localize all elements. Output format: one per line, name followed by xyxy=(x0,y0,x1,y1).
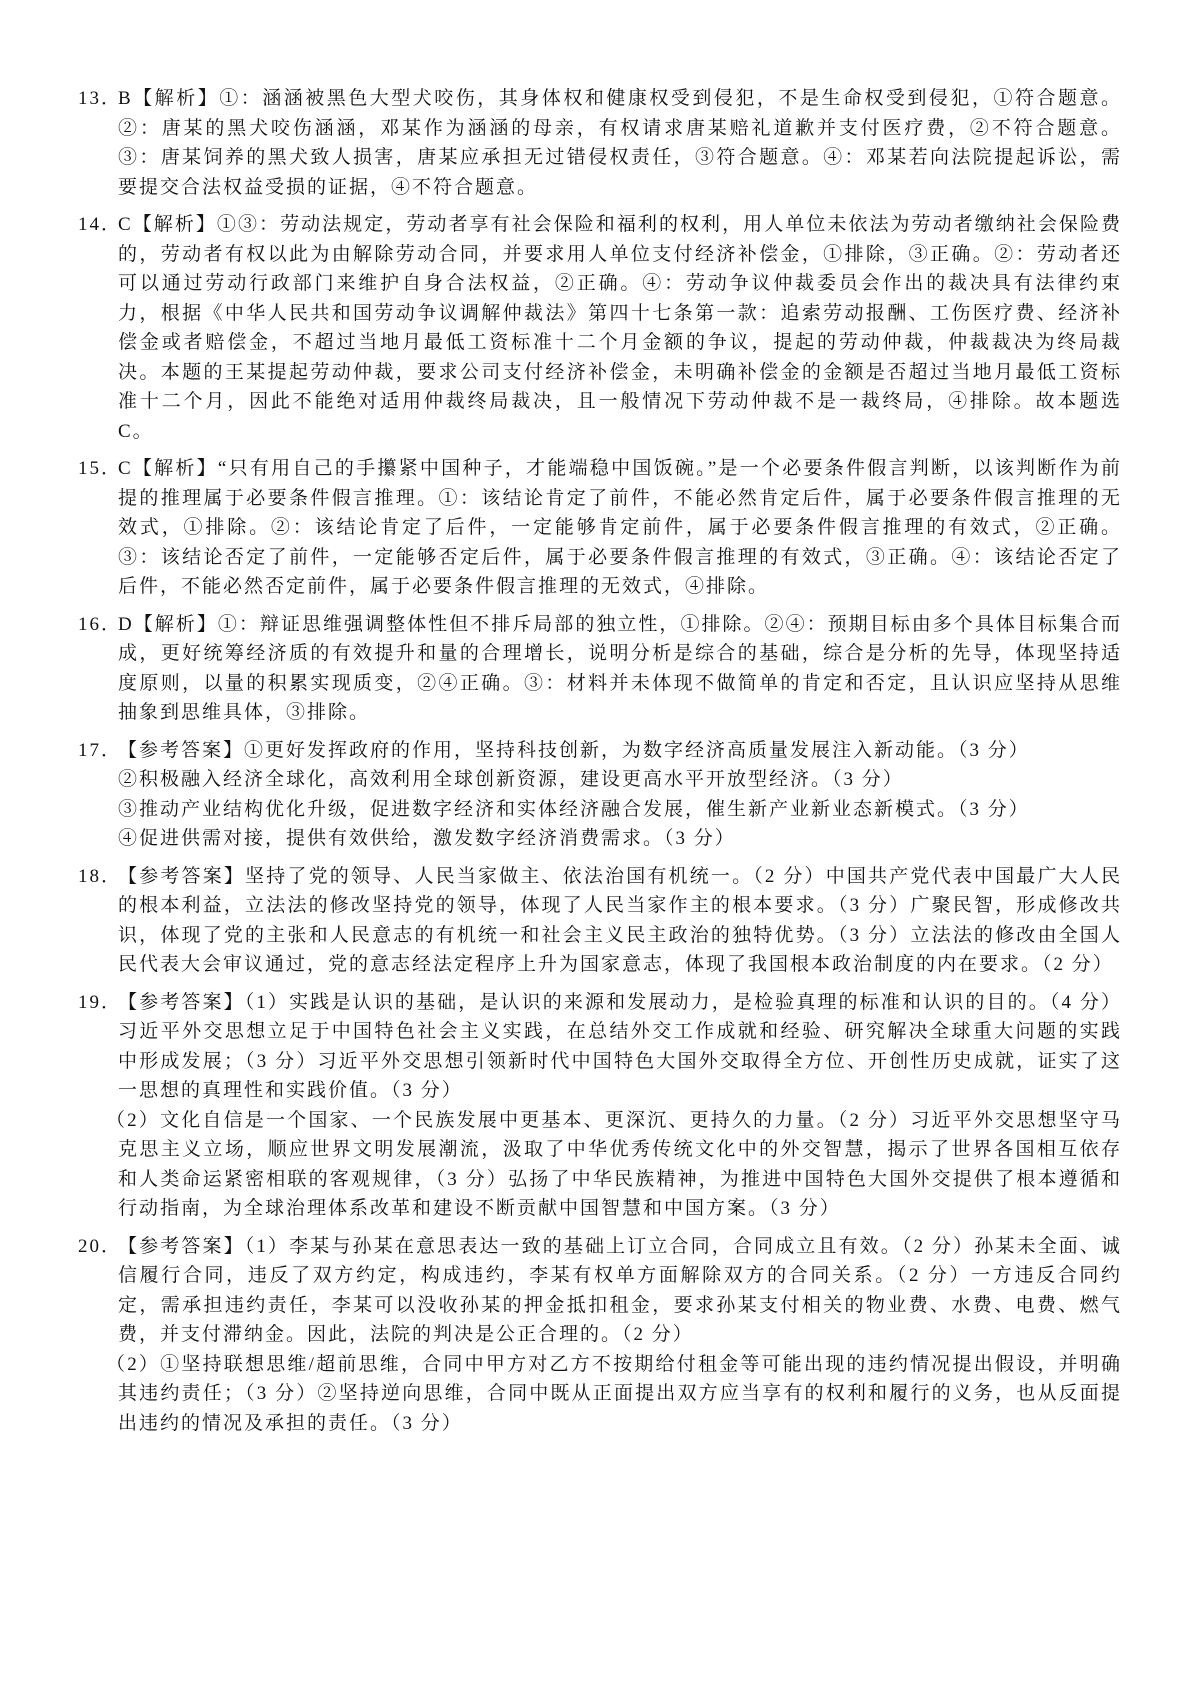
answer-paragraph: C【解析】①③：劳动法规定，劳动者享有社会保险和福利的权利，用人单位未依法为劳动… xyxy=(118,210,1122,446)
answer-paragraph: ③推动产业结构优化升级，促进数字经济和实体经济融合发展，催生新产业新业态新模式。… xyxy=(118,795,1122,825)
answer-paragraph: 【参考答案】（1）实践是认识的基础，是认识的来源和发展动力，是检验真理的标准和认… xyxy=(118,988,1122,1106)
question-number: 18． xyxy=(78,862,118,892)
question-number: 17． xyxy=(78,736,118,766)
question-number: 16． xyxy=(78,610,118,640)
answer-item-15: 15． C【解析】“只有用自己的手攥紧中国种子，才能端稳中国饭碗。”是一个必要条… xyxy=(78,454,1122,602)
answer-body: D【解析】①：辩证思维强调整体性但不排斥局部的独立性，①排除。②④：预期目标由多… xyxy=(118,610,1122,728)
answer-paragraph: C【解析】“只有用自己的手攥紧中国种子，才能端稳中国饭碗。”是一个必要条件假言判… xyxy=(118,454,1122,602)
answer-paragraph: B【解析】①：涵涵被黑色大型犬咬伤，其身体权和健康权受到侵犯，不是生命权受到侵犯… xyxy=(118,84,1122,202)
answer-body: C【解析】“只有用自己的手攥紧中国种子，才能端稳中国饭碗。”是一个必要条件假言判… xyxy=(118,454,1122,602)
answer-paragraph: 【参考答案】坚持了党的领导、人民当家做主、依法治国有机统一。（2 分）中国共产党… xyxy=(118,862,1122,980)
answer-item-20: 20． 【参考答案】（1）李某与孙某在意思表达一致的基础上订立合同，合同成立且有… xyxy=(78,1232,1122,1439)
question-number: 19． xyxy=(78,988,118,1018)
question-number: 20． xyxy=(78,1232,118,1262)
question-number: 14． xyxy=(78,210,118,240)
question-number: 13． xyxy=(78,84,118,114)
answer-item-13: 13． B【解析】①：涵涵被黑色大型犬咬伤，其身体权和健康权受到侵犯，不是生命权… xyxy=(78,84,1122,202)
answer-key-page: 13． B【解析】①：涵涵被黑色大型犬咬伤，其身体权和健康权受到侵犯，不是生命权… xyxy=(0,0,1200,1698)
answer-paragraph: 【参考答案】（1）李某与孙某在意思表达一致的基础上订立合同，合同成立且有效。（2… xyxy=(118,1232,1122,1350)
answer-body: 【参考答案】（1）李某与孙某在意思表达一致的基础上订立合同，合同成立且有效。（2… xyxy=(118,1232,1122,1439)
answer-item-17: 17． 【参考答案】①更好发挥政府的作用，坚持科技创新，为数字经济高质量发展注入… xyxy=(78,736,1122,854)
answer-body: 【参考答案】①更好发挥政府的作用，坚持科技创新，为数字经济高质量发展注入新动能。… xyxy=(118,736,1122,854)
answer-paragraph: （2）文化自信是一个国家、一个民族发展中更基本、更深沉、更持久的力量。（2 分）… xyxy=(118,1106,1122,1224)
answer-body: B【解析】①：涵涵被黑色大型犬咬伤，其身体权和健康权受到侵犯，不是生命权受到侵犯… xyxy=(118,84,1122,202)
question-number: 15． xyxy=(78,454,118,484)
answer-item-18: 18． 【参考答案】坚持了党的领导、人民当家做主、依法治国有机统一。（2 分）中… xyxy=(78,862,1122,980)
answer-paragraph: （2）①坚持联想思维/超前思维，合同中甲方对乙方不按期给付租金等可能出现的违约情… xyxy=(118,1350,1122,1439)
answer-paragraph: D【解析】①：辩证思维强调整体性但不排斥局部的独立性，①排除。②④：预期目标由多… xyxy=(118,610,1122,728)
answer-paragraph: 【参考答案】①更好发挥政府的作用，坚持科技创新，为数字经济高质量发展注入新动能。… xyxy=(118,736,1122,766)
answer-item-16: 16． D【解析】①：辩证思维强调整体性但不排斥局部的独立性，①排除。②④：预期… xyxy=(78,610,1122,728)
answer-paragraph: ④促进供需对接，提供有效供给，激发数字经济消费需求。（3 分） xyxy=(118,824,1122,854)
answer-paragraph: ②积极融入经济全球化，高效利用全球创新资源，建设更高水平开放型经济。（3 分） xyxy=(118,765,1122,795)
answer-body: 【参考答案】（1）实践是认识的基础，是认识的来源和发展动力，是检验真理的标准和认… xyxy=(118,988,1122,1224)
answer-body: C【解析】①③：劳动法规定，劳动者享有社会保险和福利的权利，用人单位未依法为劳动… xyxy=(118,210,1122,446)
answer-body: 【参考答案】坚持了党的领导、人民当家做主、依法治国有机统一。（2 分）中国共产党… xyxy=(118,862,1122,980)
answer-item-14: 14． C【解析】①③：劳动法规定，劳动者享有社会保险和福利的权利，用人单位未依… xyxy=(78,210,1122,446)
answer-item-19: 19． 【参考答案】（1）实践是认识的基础，是认识的来源和发展动力，是检验真理的… xyxy=(78,988,1122,1224)
